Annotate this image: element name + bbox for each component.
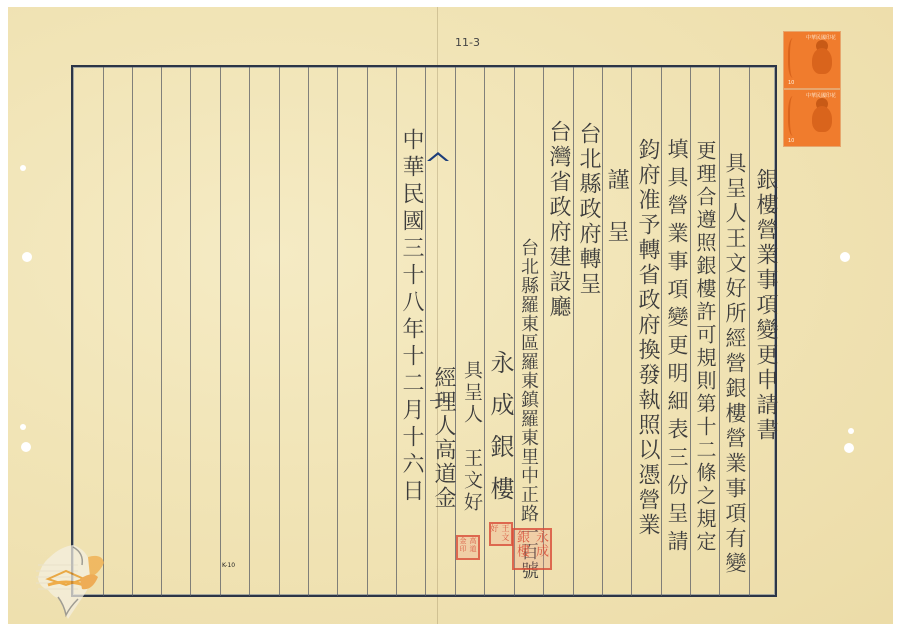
palm-icon [788,38,800,78]
column-rule [190,67,191,596]
punch-hole [840,252,850,262]
revenue-stamp: 中華民國印花 10 [783,31,841,89]
body-line-1: 具呈人王文好所經營銀樓營業事項有變 [724,152,745,577]
shop-seal: 永成銀樓 [512,528,552,570]
document-title: 銀樓營業事項變更申請書 [754,168,776,443]
punch-hole [848,428,854,434]
body-line-3: 填具營業事項變更明細表三份呈請 [666,138,687,558]
column-rule [367,67,368,596]
column-rule [132,67,133,596]
column-rule [661,67,662,596]
recipient-line-1: 台北縣政府轉呈 [577,122,599,297]
column-rule [749,67,750,596]
column-rule [631,67,632,596]
column-rule [425,67,426,596]
stamp-value: 10 [788,80,794,86]
punch-hole [844,443,854,453]
closing-salutation: 謹 呈 [605,168,627,246]
recipient-line-2: 台灣省政府建設廳 [547,120,569,320]
column-rule [308,67,309,596]
body-line-2: 更理合遵照銀樓許可規則第十二條之規定 [695,140,715,554]
applicant-seal: 王文好 [489,522,513,546]
document-date: 中華民國三十八年十二月十六日 [400,128,422,506]
column-rule [543,67,544,596]
column-rule [719,67,720,596]
manager-name: 經理人高道金 [432,366,454,510]
column-rule [602,67,603,596]
portrait-bust-icon [812,48,832,74]
shop-name: 永成銀樓 [488,350,512,518]
column-rule [690,67,691,596]
body-line-4: 鈞府准予轉省政府換發執照以憑營業 [636,138,658,538]
column-rule [573,67,574,596]
portrait-bust-icon [812,106,832,132]
punch-hole [22,252,32,262]
stray-ink-mark: K-10 [222,562,235,569]
archive-logo-icon [18,535,118,620]
column-rule [396,67,397,596]
column-rule [514,67,515,596]
column-rule [484,67,485,596]
column-rule [279,67,280,596]
punch-hole [21,442,31,452]
column-rule [161,67,162,596]
column-rule [220,67,221,596]
revenue-stamp: 中華民國印花 10 [783,89,841,147]
applicant-name: 具呈人 王文好 [462,360,481,514]
palm-icon [788,96,800,136]
column-rule [103,67,104,596]
column-rule [455,67,456,596]
punch-hole [20,165,26,171]
manager-seal: 高道金印 [456,535,480,560]
stamp-label: 中華民國印花 [806,92,836,99]
punch-hole [20,424,26,430]
stamp-value: 10 [788,138,794,144]
column-rule [249,67,250,596]
column-rule [337,67,338,596]
stamp-label: 中華民國印花 [806,34,836,41]
page-number: 11-3 [455,36,480,49]
